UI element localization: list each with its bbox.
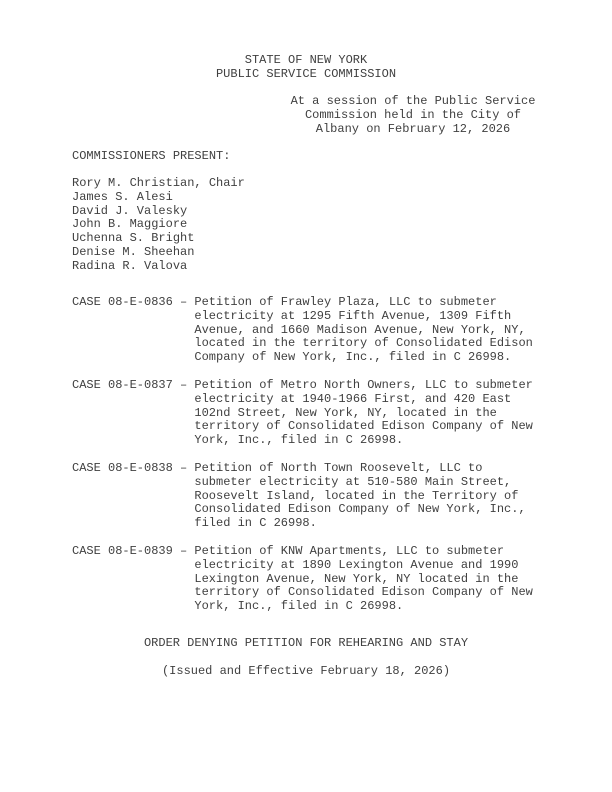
case-number-label: CASE 08-E-0836 – bbox=[72, 296, 187, 310]
commissioners-list: Rory M. Christian, Chair James S. Alesi … bbox=[72, 177, 245, 274]
case-description: Petition of North Town Roosevelt, LLC to… bbox=[194, 462, 525, 531]
document-page: STATE OF NEW YORK PUBLIC SERVICE COMMISS… bbox=[0, 0, 612, 792]
document-header: STATE OF NEW YORK PUBLIC SERVICE COMMISS… bbox=[0, 54, 612, 82]
order-title: ORDER DENYING PETITION FOR REHEARING AND… bbox=[0, 637, 612, 651]
session-block: At a session of the Public Service Commi… bbox=[289, 95, 537, 136]
commissioner-name: Denise M. Sheehan bbox=[72, 246, 245, 260]
case-number-label: CASE 08-E-0839 – bbox=[72, 545, 187, 559]
case-description: Petition of KNW Apartments, LLC to subme… bbox=[194, 545, 532, 614]
case-description: Petition of Frawley Plaza, LLC to submet… bbox=[194, 296, 532, 365]
header-state-line: STATE OF NEW YORK bbox=[0, 54, 612, 68]
order-issued-date: (Issued and Effective February 18, 2026) bbox=[0, 665, 612, 679]
commissioner-name: Rory M. Christian, Chair bbox=[72, 177, 245, 191]
session-line-1: At a session of the Public Service bbox=[289, 95, 537, 109]
commissioner-name: James S. Alesi bbox=[72, 191, 245, 205]
commissioner-name: John B. Maggiore bbox=[72, 218, 245, 232]
case-description: Petition of Metro North Owners, LLC to s… bbox=[194, 379, 532, 448]
commissioner-name: Uchenna S. Bright bbox=[72, 232, 245, 246]
commissioner-name: Radina R. Valova bbox=[72, 260, 245, 274]
commissioners-present-label: COMMISSIONERS PRESENT: bbox=[72, 150, 230, 164]
session-line-2: Commission held in the City of bbox=[289, 109, 537, 123]
commissioner-name: David J. Valesky bbox=[72, 205, 245, 219]
case-number-label: CASE 08-E-0838 – bbox=[72, 462, 187, 476]
header-commission-line: PUBLIC SERVICE COMMISSION bbox=[0, 68, 612, 82]
case-number-label: CASE 08-E-0837 – bbox=[72, 379, 187, 393]
session-line-3: Albany on February 12, 2026 bbox=[289, 123, 537, 137]
